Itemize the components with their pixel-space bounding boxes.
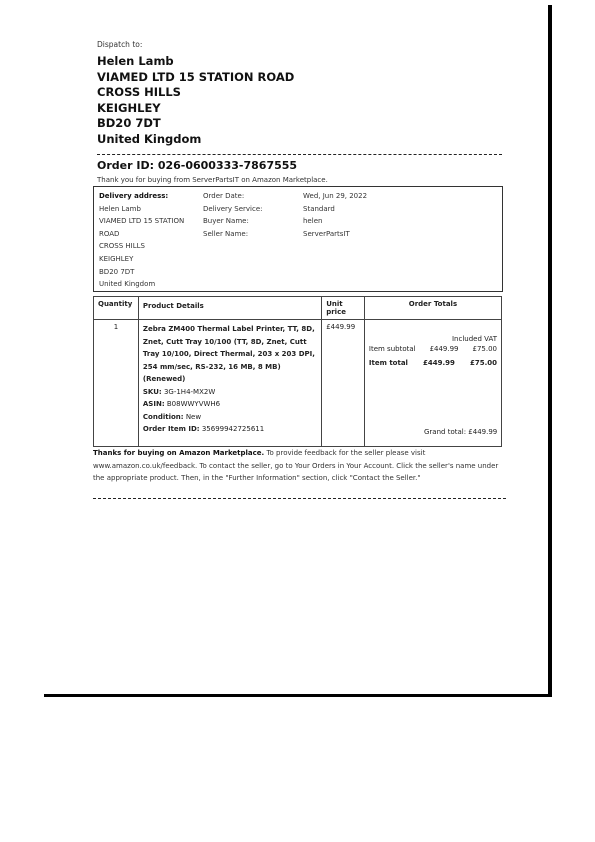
item-quantity: 1 (94, 320, 139, 447)
sku-label: SKU: (143, 388, 162, 396)
buyer-name-label: Buyer Name: (203, 215, 263, 228)
total-vat: £75.00 (470, 359, 497, 367)
footer-note: Thanks for buying on Amazon Marketplace.… (93, 447, 503, 485)
condition-value: New (186, 413, 201, 421)
dispatch-label: Dispatch to: (97, 40, 142, 49)
delivery-address-heading: Delivery address: (99, 190, 184, 203)
delivery-address-line: ROAD (99, 228, 184, 241)
cut-line-top (97, 154, 502, 155)
order-field-values: Wed, Jun 29, 2022 Standard helen ServerP… (303, 190, 367, 240)
order-date-value: Wed, Jun 29, 2022 (303, 190, 367, 203)
total-value: £449.99 (423, 359, 455, 367)
sku-value: 3G-1H4-MX2W (164, 388, 215, 396)
dispatch-line: Helen Lamb (97, 54, 294, 70)
order-item-id: 35699942725611 (202, 425, 264, 433)
dispatch-address: Helen Lamb VIAMED LTD 15 STATION ROAD CR… (97, 54, 294, 147)
order-field-labels: Order Date: Delivery Service: Buyer Name… (203, 190, 263, 240)
unit-price-header: Unit price (322, 297, 365, 320)
scan-edge-right (548, 5, 552, 695)
subtotal-label: Item subtotal (369, 345, 416, 353)
subtotal-vat: £75.00 (472, 345, 497, 353)
dispatch-line: KEIGHLEY (97, 101, 294, 117)
total-row: Item total £449.99 £75.00 (369, 359, 497, 367)
order-totals-header: Order Totals (364, 297, 501, 320)
item-details: Zebra ZM400 Thermal Label Printer, TT, 8… (138, 320, 321, 447)
delivery-address-line: Helen Lamb (99, 203, 184, 216)
delivery-address-line: CROSS HILLS (99, 240, 184, 253)
delivery-service-value: Standard (303, 203, 367, 216)
seller-name-label: Seller Name: (203, 228, 263, 241)
subtotal-row: Item subtotal £449.99 £75.00 (369, 345, 497, 353)
item-unit-price: £449.99 (322, 320, 365, 447)
cut-line-bottom (93, 498, 506, 499)
delivery-address-block: Delivery address: Helen Lamb VIAMED LTD … (99, 190, 184, 291)
delivery-info-box: Delivery address: Helen Lamb VIAMED LTD … (93, 186, 503, 292)
order-date-label: Order Date: (203, 190, 263, 203)
items-table: Quantity Product Details Unit price Orde… (93, 296, 502, 447)
dispatch-line: BD20 7DT (97, 116, 294, 132)
item-title: Zebra ZM400 Thermal Label Printer, TT, 8… (143, 323, 317, 386)
dispatch-line: VIAMED LTD 15 STATION ROAD (97, 70, 294, 86)
delivery-address-line: BD20 7DT (99, 266, 184, 279)
buyer-name-value: helen (303, 215, 367, 228)
delivery-address-line: United Kingdom (99, 278, 184, 291)
subtotal-value: £449.99 (430, 345, 459, 353)
delivery-address-line: VIAMED LTD 15 STATION (99, 215, 184, 228)
asin-label: ASIN: (143, 400, 165, 408)
delivery-service-label: Delivery Service: (203, 203, 263, 216)
order-item-label: Order Item ID: (143, 425, 200, 433)
delivery-address-line: KEIGHLEY (99, 253, 184, 266)
thank-you-note: Thank you for buying from ServerPartsIT … (97, 176, 328, 184)
quantity-header: Quantity (94, 297, 139, 320)
total-label: Item total (369, 359, 408, 367)
vat-header: Included VAT (369, 335, 497, 343)
footer-bold: Thanks for buying on Amazon Marketplace. (93, 449, 264, 457)
product-details-header: Product Details (138, 297, 321, 320)
scan-edge-bottom (44, 694, 552, 697)
dispatch-line: United Kingdom (97, 132, 294, 148)
items-table-header: Quantity Product Details Unit price Orde… (94, 297, 502, 320)
grand-total: Grand total: £449.99 (424, 428, 497, 436)
order-id: Order ID: 026-0600333-7867555 (97, 159, 297, 172)
seller-name-value: ServerPartsIT (303, 228, 367, 241)
asin-value: B08WWYVWH6 (167, 400, 220, 408)
condition-label: Condition: (143, 413, 184, 421)
dispatch-line: CROSS HILLS (97, 85, 294, 101)
